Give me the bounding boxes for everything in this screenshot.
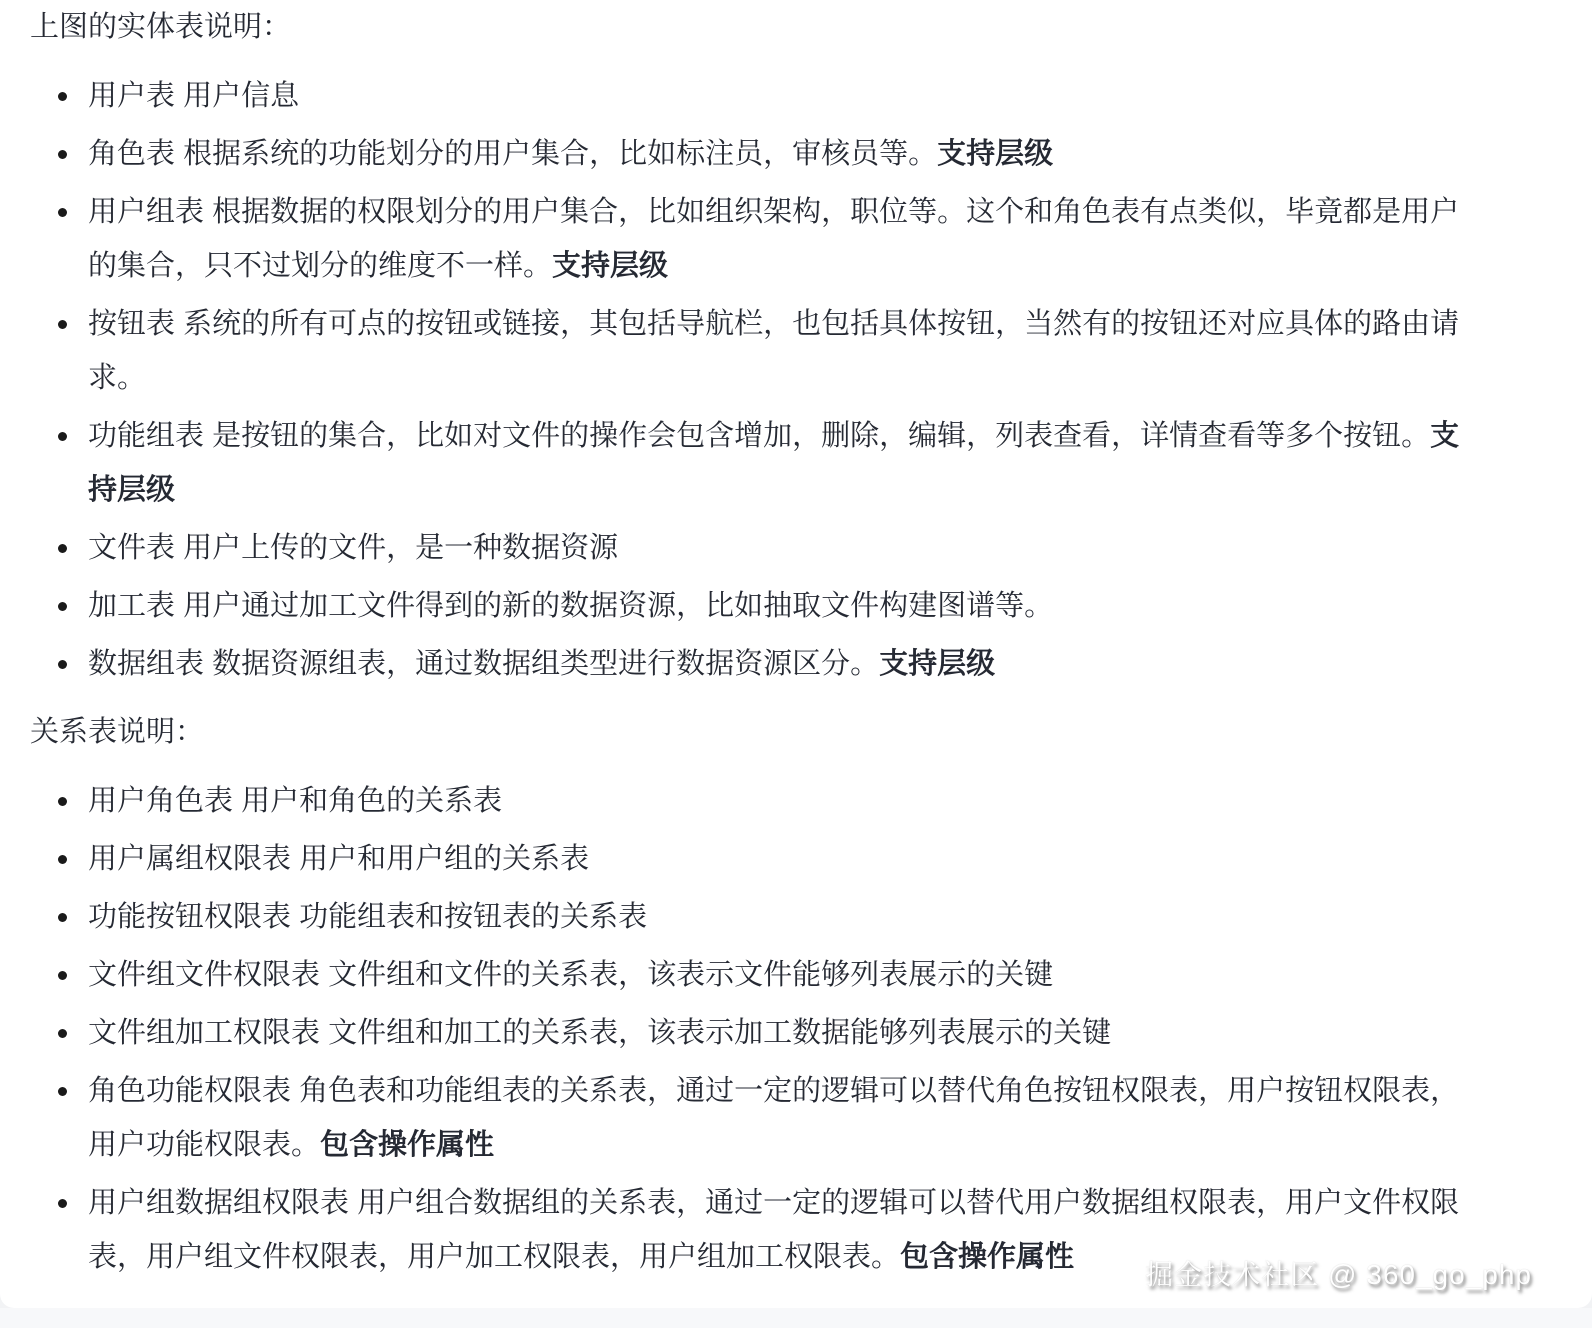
relation-section-heading: 关系表说明：: [30, 705, 1592, 759]
item-bold-note: 支持层级: [552, 250, 668, 282]
list-item: 文件组文件权限表 文件组和文件的关系表，该表示文件能够列表展示的关键: [30, 948, 1478, 1002]
item-term: 加工表: [88, 590, 175, 622]
item-desc: 根据系统的功能划分的用户集合，比如标注员，审核员等。: [183, 138, 937, 170]
item-desc: 用户信息: [183, 80, 299, 112]
list-item: 用户组表 根据数据的权限划分的用户集合，比如组织架构，职位等。这个和角色表有点类…: [30, 185, 1478, 293]
page-edge-strip: [0, 1308, 1592, 1328]
item-term: 文件组文件权限表: [88, 959, 320, 991]
item-desc: 文件组和文件的关系表，该表示文件能够列表展示的关键: [328, 959, 1053, 991]
item-term: 用户组表: [88, 196, 204, 228]
item-term: 文件表: [88, 532, 175, 564]
list-item: 文件表 用户上传的文件，是一种数据资源: [30, 521, 1478, 575]
item-term: 用户属组权限表: [88, 843, 291, 875]
item-term: 功能按钮权限表: [88, 901, 291, 933]
item-bold-note: 支持层级: [879, 648, 995, 680]
item-desc: 用户和用户组的关系表: [299, 843, 589, 875]
item-term: 功能组表: [88, 420, 204, 452]
item-term: 用户组数据组权限表: [88, 1187, 349, 1219]
item-term: 用户表: [88, 80, 175, 112]
item-desc: 数据资源组表，通过数据组类型进行数据资源区分。: [212, 648, 879, 680]
item-desc: 文件组和加工的关系表，该表示加工数据能够列表展示的关键: [328, 1017, 1111, 1049]
item-desc: 用户和角色的关系表: [241, 785, 502, 817]
item-term: 按钮表: [88, 308, 175, 340]
item-term: 文件组加工权限表: [88, 1017, 320, 1049]
item-desc: 用户通过加工文件得到的新的数据资源，比如抽取文件构建图谱等。: [183, 590, 1053, 622]
item-term: 数据组表: [88, 648, 204, 680]
list-item: 按钮表 系统的所有可点的按钮或链接，其包括导航栏，也包括具体按钮，当然有的按钮还…: [30, 297, 1478, 405]
item-term: 用户角色表: [88, 785, 233, 817]
item-term: 角色表: [88, 138, 175, 170]
entity-table-list: 用户表 用户信息 角色表 根据系统的功能划分的用户集合，比如标注员，审核员等。支…: [30, 69, 1592, 691]
article-content-card: 上图的实体表说明： 用户表 用户信息 角色表 根据系统的功能划分的用户集合，比如…: [0, 0, 1592, 1308]
list-item: 文件组加工权限表 文件组和加工的关系表，该表示加工数据能够列表展示的关键: [30, 1006, 1478, 1060]
list-item: 数据组表 数据资源组表，通过数据组类型进行数据资源区分。支持层级: [30, 637, 1478, 691]
juejin-watermark: 掘金技术社区 @ 360_go_php: [1145, 1258, 1532, 1292]
list-item: 角色表 根据系统的功能划分的用户集合，比如标注员，审核员等。支持层级: [30, 127, 1478, 181]
item-desc: 是按钮的集合，比如对文件的操作会包含增加，删除，编辑，列表查看，详情查看等多个按…: [212, 420, 1430, 452]
list-item: 功能按钮权限表 功能组表和按钮表的关系表: [30, 890, 1478, 944]
list-item: 用户属组权限表 用户和用户组的关系表: [30, 832, 1478, 886]
article-body: 上图的实体表说明： 用户表 用户信息 角色表 根据系统的功能划分的用户集合，比如…: [0, 0, 1592, 1284]
list-item: 用户角色表 用户和角色的关系表: [30, 774, 1478, 828]
item-term: 角色功能权限表: [88, 1075, 291, 1107]
item-bold-note: 支持层级: [937, 138, 1053, 170]
item-desc: 角色表和功能组表的关系表，通过一定的逻辑可以替代角色按钮权限表，用户按钮权限表，…: [88, 1075, 1459, 1161]
item-desc: 功能组表和按钮表的关系表: [299, 901, 647, 933]
item-bold-note: 包含操作属性: [320, 1129, 494, 1161]
list-item: 用户表 用户信息: [30, 69, 1478, 123]
list-item: 功能组表 是按钮的集合，比如对文件的操作会包含增加，删除，编辑，列表查看，详情查…: [30, 409, 1478, 517]
entity-section-heading: 上图的实体表说明：: [30, 0, 1592, 54]
list-item: 加工表 用户通过加工文件得到的新的数据资源，比如抽取文件构建图谱等。: [30, 579, 1478, 633]
list-item: 角色功能权限表 角色表和功能组表的关系表，通过一定的逻辑可以替代角色按钮权限表，…: [30, 1064, 1478, 1172]
item-bold-note: 包含操作属性: [900, 1241, 1074, 1273]
item-desc: 系统的所有可点的按钮或链接，其包括导航栏，也包括具体按钮，当然有的按钮还对应具体…: [88, 308, 1459, 394]
item-desc: 用户上传的文件，是一种数据资源: [183, 532, 618, 564]
relation-table-list: 用户角色表 用户和角色的关系表 用户属组权限表 用户和用户组的关系表 功能按钮权…: [30, 774, 1592, 1284]
item-desc: 根据数据的权限划分的用户集合，比如组织架构，职位等。这个和角色表有点类似，毕竟都…: [88, 196, 1459, 282]
